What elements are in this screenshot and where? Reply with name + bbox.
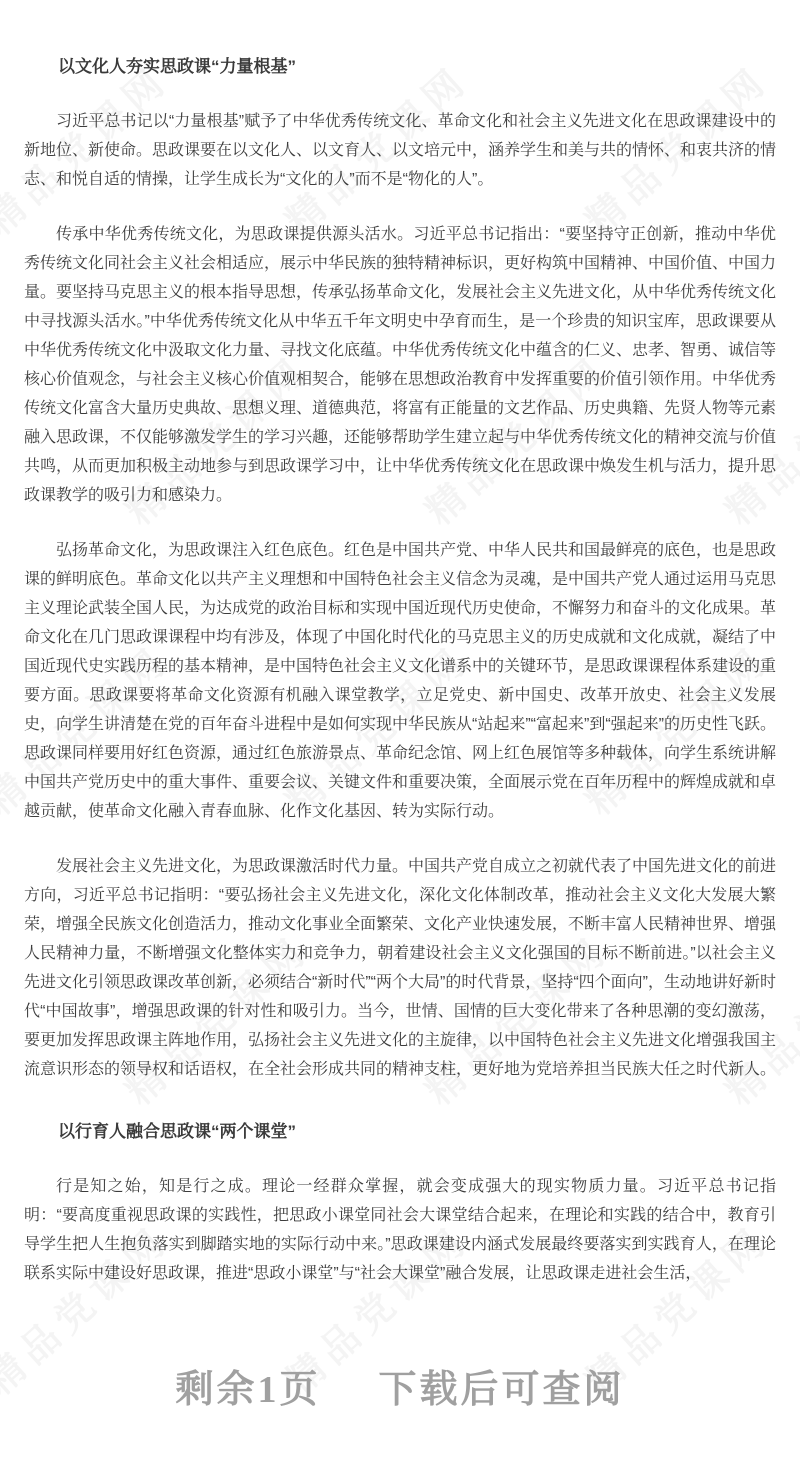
paragraph-two-classrooms: 行是知之始，知是行之成。理论一经群众掌握，就会变成强大的现实物质力量。习近平总书… (24, 1172, 776, 1288)
preview-footer-notice: 剩余1页下载后可查阅 (0, 1366, 800, 1414)
paragraph-traditional-culture: 传承中华优秀传统文化，为思政课提供源头活水。习近平总书记指出：“要坚持守正创新，… (24, 220, 776, 510)
paragraph-advanced-culture: 发展社会主义先进文化，为思政课激活时代力量。中国共产党自成立之初就代表了中国先进… (24, 852, 776, 1084)
document-page: 精品党课网精品党课网精品党课网精品党课网精品党课网精品党课网精品党课网精品党课网… (0, 0, 800, 1478)
section-heading-1: 以文化人夯实思政课“力量根基” (24, 52, 776, 81)
paragraph-intro: 习近平总书记以“力量根基”赋予了中华优秀传统文化、革命文化和社会主义先进文化在思… (24, 107, 776, 194)
document-body: 以文化人夯实思政课“力量根基” 习近平总书记以“力量根基”赋予了中华优秀传统文化… (0, 0, 800, 1288)
pages-remaining-label: 剩余1页 (175, 1369, 320, 1411)
paragraph-revolutionary-culture: 弘扬革命文化，为思政课注入红色底色。红色是中国共产党、中华人民共和国最鲜亮的底色… (24, 536, 776, 826)
section-heading-2: 以行育人融合思政课“两个课堂” (24, 1117, 776, 1146)
download-hint-label: 下载后可查阅 (379, 1369, 625, 1411)
